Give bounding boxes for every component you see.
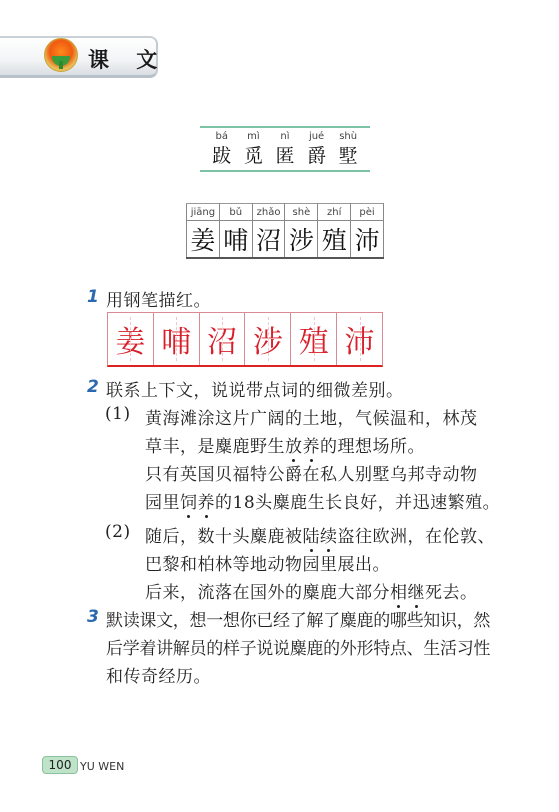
exercise-2-number: 2: [87, 377, 99, 397]
dotted-word: 放养: [285, 437, 320, 457]
word-char: 匿: [275, 144, 294, 168]
tracing-cell: 殖: [291, 313, 337, 365]
exercise-3-line-3: 和传奇经历。: [106, 662, 211, 687]
dotted-char: 饲: [180, 493, 198, 513]
char-cell: 沛: [351, 221, 384, 259]
write-chars-table: jiāng bǔ zhǎo shè zhí pèi 姜 哺 沼 涉 殖 沛: [186, 203, 384, 259]
part-2-line-2: 巴黎和柏林等地动物园里展出。: [145, 550, 390, 575]
subject-label: YU WEN: [80, 760, 124, 773]
char-cell: 沼: [252, 221, 285, 259]
word-pinyin: jué: [309, 131, 324, 144]
char-pinyin: zhǎo: [252, 204, 285, 221]
dotted-char: 养: [198, 493, 216, 513]
word-item: nì 匿: [270, 128, 300, 170]
dotted-char: 续: [320, 527, 338, 547]
part-1-line-3: 只有英国贝福特公爵在私人别墅乌邦寺动物: [145, 460, 478, 485]
word-pinyin: shù: [339, 131, 357, 144]
part-1-label: (1): [105, 404, 131, 424]
word-item: shù 墅: [333, 128, 363, 170]
char-cell: 涉: [285, 221, 318, 259]
tracing-cell: 哺: [154, 313, 200, 365]
part-2-label: (2): [105, 522, 131, 542]
dotted-word: 饲养: [180, 493, 215, 513]
section-title: 课 文: [88, 44, 167, 74]
text-segment: 的理想场所。: [320, 437, 425, 457]
new-words-box: bá 跋 mì 觅 nì 匿 jué 爵 shù 墅: [200, 126, 370, 172]
exercise-2-text: 联系上下文，说说带点词的细微差别。: [106, 376, 404, 401]
text-segment: 随后，数十头麋鹿被: [145, 527, 303, 547]
word-char: 墅: [339, 144, 358, 168]
text-segment: 草丰，是麋鹿野生: [145, 437, 285, 457]
dotted-word: 相继: [390, 583, 425, 603]
tracing-cell: 涉: [245, 313, 291, 365]
word-item: jué 爵: [302, 128, 332, 170]
word-pinyin: bá: [216, 131, 228, 144]
part-2-line-3: 后来，流落在国外的麋鹿大部分相继死去。: [145, 578, 478, 603]
char-pinyin: zhí: [318, 204, 351, 221]
exercise-3-line-2: 后学着讲解员的样子说说麋鹿的外形特点、生活习性: [106, 634, 490, 659]
char-pinyin: pèi: [351, 204, 384, 221]
flower-icon: [44, 38, 78, 72]
word-pinyin: mì: [247, 131, 260, 144]
part-1-line-4: 园里饲养的18头麋鹿生长良好，并迅速繁殖。: [145, 488, 500, 513]
char-cell: 殖: [318, 221, 351, 259]
dotted-word: 陆续: [303, 527, 338, 547]
tracing-cell: 沛: [337, 313, 382, 365]
part-1-line-1: 黄海滩涂这片广阔的土地，气候温和，林茂: [145, 404, 478, 429]
dotted-char: 陆: [303, 527, 321, 547]
char-pinyin: jiāng: [187, 204, 220, 221]
char-cell: 哺: [219, 221, 252, 259]
char-pinyin: shè: [285, 204, 318, 221]
tracing-cell: 沼: [200, 313, 246, 365]
part-1-line-2: 草丰，是麋鹿野生放养的理想场所。: [145, 432, 425, 457]
dotted-char: 继: [408, 583, 426, 603]
dotted-char: 养: [303, 437, 321, 457]
tracing-grid: 姜 哺 沼 涉 殖 沛: [107, 312, 383, 367]
text-segment: 的18头麋鹿生长良好，并迅速繁殖。: [215, 493, 500, 513]
text-segment: 后来，流落在国外的麋鹿大部分: [145, 583, 390, 603]
part-2-line-1: 随后，数十头麋鹿被陆续盗往欧洲，在伦敦、: [145, 522, 495, 547]
text-segment: 盗往欧洲，在伦敦、: [338, 527, 496, 547]
word-item: bá 跋: [207, 128, 237, 170]
exercise-3-number: 3: [87, 607, 99, 627]
dotted-char: 放: [285, 437, 303, 457]
tracing-cell: 姜: [108, 313, 154, 365]
dotted-char: 相: [390, 583, 408, 603]
char-pinyin: bǔ: [219, 204, 252, 221]
page-number-badge: 100: [42, 756, 78, 774]
text-segment: 园里: [145, 493, 180, 513]
exercise-3-line-1: 默读课文，想一想你已经了解了麋鹿的哪些知识，然: [106, 606, 490, 631]
word-item: mì 觅: [238, 128, 268, 170]
word-pinyin: nì: [280, 131, 289, 144]
exercise-1-number: 1: [87, 287, 99, 307]
word-char: 爵: [307, 144, 326, 168]
word-char: 觅: [244, 144, 263, 168]
char-cell: 姜: [187, 221, 220, 259]
exercise-1-text: 用钢笔描红。: [106, 286, 211, 311]
stem-shape: [59, 61, 63, 69]
word-char: 跋: [212, 144, 231, 168]
text-segment: 死去。: [425, 583, 478, 603]
